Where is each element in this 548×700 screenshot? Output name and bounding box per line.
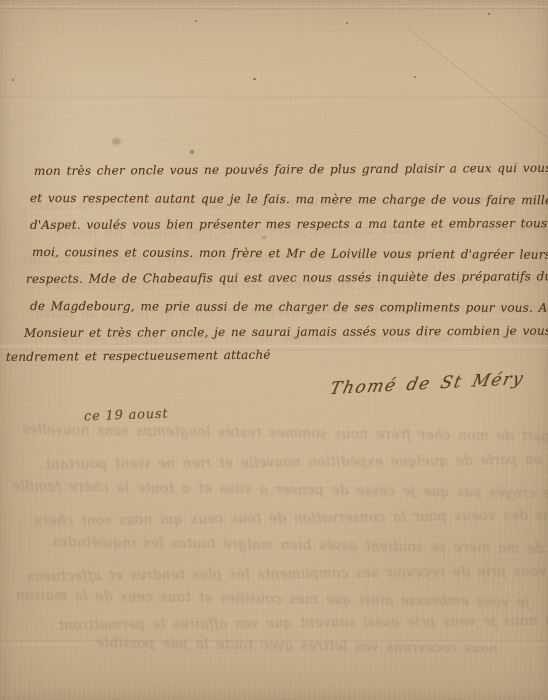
fold-crease (0, 96, 548, 102)
fold-crease (0, 640, 548, 645)
letter-line: d'Aspet. voulés vous bien présenter mes … (30, 216, 548, 232)
ink-speck (12, 79, 14, 81)
bleedthrough-line: je vous embrasse ainsi que mes cousines … (16, 587, 529, 610)
ink-speck (195, 20, 197, 22)
letter-line: et vous respectent autant que je le fais… (30, 191, 548, 208)
letter-line: de Magdebourg, me prie aussi de me charg… (30, 299, 548, 315)
ink-speck (253, 78, 256, 80)
fold-crease (0, 6, 548, 9)
date-line: ce 19 aoust (84, 407, 169, 425)
letter-page: nous avons appris hier au soir les nouve… (0, 0, 548, 700)
letter-line: mon très cher oncle vous ne pouvés faire… (34, 161, 548, 178)
bleedthrough-line: nous recevrons vos lettres avec toute la… (96, 635, 498, 657)
paper-stain (112, 138, 121, 145)
letter-line: respects. Mde de Chabeaufis qui est avec… (26, 269, 548, 286)
ink-speck (262, 236, 266, 239)
bleedthrough-line: tous les jours on parle de quelque expéd… (45, 451, 548, 473)
letter-line: moi, cousines et cousins. mon frère et M… (32, 245, 548, 262)
ink-speck (190, 150, 194, 154)
signature: Thomé de St Méry (328, 369, 527, 399)
bleedthrough-line: ne croyés pas que je cesse de penser a v… (12, 478, 548, 502)
bleedthrough-line: depuis le départ de mon cher frère nous … (22, 422, 548, 447)
ink-speck (414, 76, 416, 78)
bleedthrough-line: nous faisons des voeux pour la conservat… (34, 507, 548, 529)
letter-line: tendrement et respectueusement attaché (6, 348, 271, 364)
letter-line: Monsieur et très cher oncle, je ne saura… (24, 324, 548, 340)
bleedthrough-line: elle vous prie de recevoir ses complimen… (26, 563, 548, 585)
bleedthrough-line: la santé de ma mère se soutient assés bi… (52, 534, 548, 558)
ink-speck (346, 22, 348, 24)
ink-speck (488, 13, 490, 15)
bleedthrough-line: écrivés nous je vous prie aussi souvent … (58, 612, 548, 634)
paper-scratch (407, 28, 548, 146)
